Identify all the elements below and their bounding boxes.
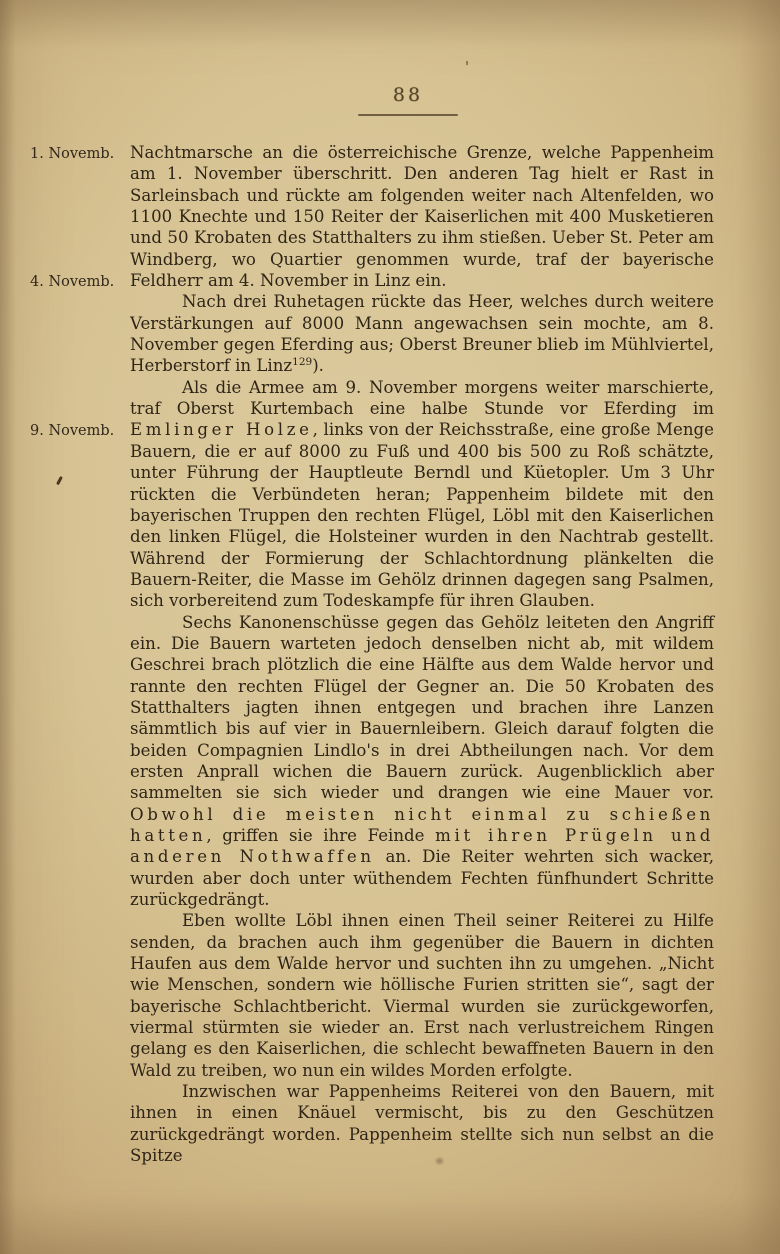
margin-note-4-november: 4. Novemb. <box>30 273 142 291</box>
body-text: Nach drei Ruhetagen rückte das Heer, wel… <box>130 292 714 375</box>
stray-mark <box>56 476 62 485</box>
emphasized-spaced-text: Emlinger Holze <box>130 420 313 439</box>
body-text: Sechs Kanonenschüsse gegen das Gehölz le… <box>130 613 714 803</box>
paragraph-emlinger-holz: Als die Armee am 9. November morgens wei… <box>130 377 714 612</box>
body-text: , links von der Reichsstraße, eine große… <box>130 420 714 610</box>
page-number-rule <box>358 114 458 116</box>
body-text: Inzwischen war Pappenheims Reiterei von … <box>130 1082 714 1165</box>
footnote-reference: 129 <box>292 356 312 368</box>
margin-note-9-november: 9. Novemb. <box>30 422 142 440</box>
page-number: 88 <box>358 84 458 106</box>
margin-note-1-november: 1. Novemb. <box>30 145 142 163</box>
body-text: Als die Armee am 9. November morgens wei… <box>130 378 714 418</box>
paragraph-night-march: Nachtmarsche an die österreichische Gren… <box>130 142 714 291</box>
body-text: Nachtmarsche an die österreichische Gren… <box>130 143 714 290</box>
book-page: ' 88 1. Novemb. 4. Novemb. 9. Novemb. Na… <box>0 0 780 1254</box>
paragraph-loebl-counter: Eben wollte Löbl ihnen einen Theil seine… <box>130 910 714 1081</box>
paragraph-advance-to-eferding: Nach drei Ruhetagen rückte das Heer, wel… <box>130 291 714 376</box>
paragraph-attack: Sechs Kanonenschüsse gegen das Gehölz le… <box>130 612 714 911</box>
body-text-column: Nachtmarsche an die österreichische Gren… <box>130 142 714 1167</box>
body-text: ). <box>312 356 324 375</box>
stray-mark: ' <box>465 58 469 76</box>
body-text: Eben wollte Löbl ihnen einen Theil seine… <box>130 911 714 1079</box>
body-text: , griffen sie ihre Feinde <box>206 826 435 845</box>
paragraph-pappenheim-cavalry: Inzwischen war Pappenheims Reiterei von … <box>130 1081 714 1166</box>
